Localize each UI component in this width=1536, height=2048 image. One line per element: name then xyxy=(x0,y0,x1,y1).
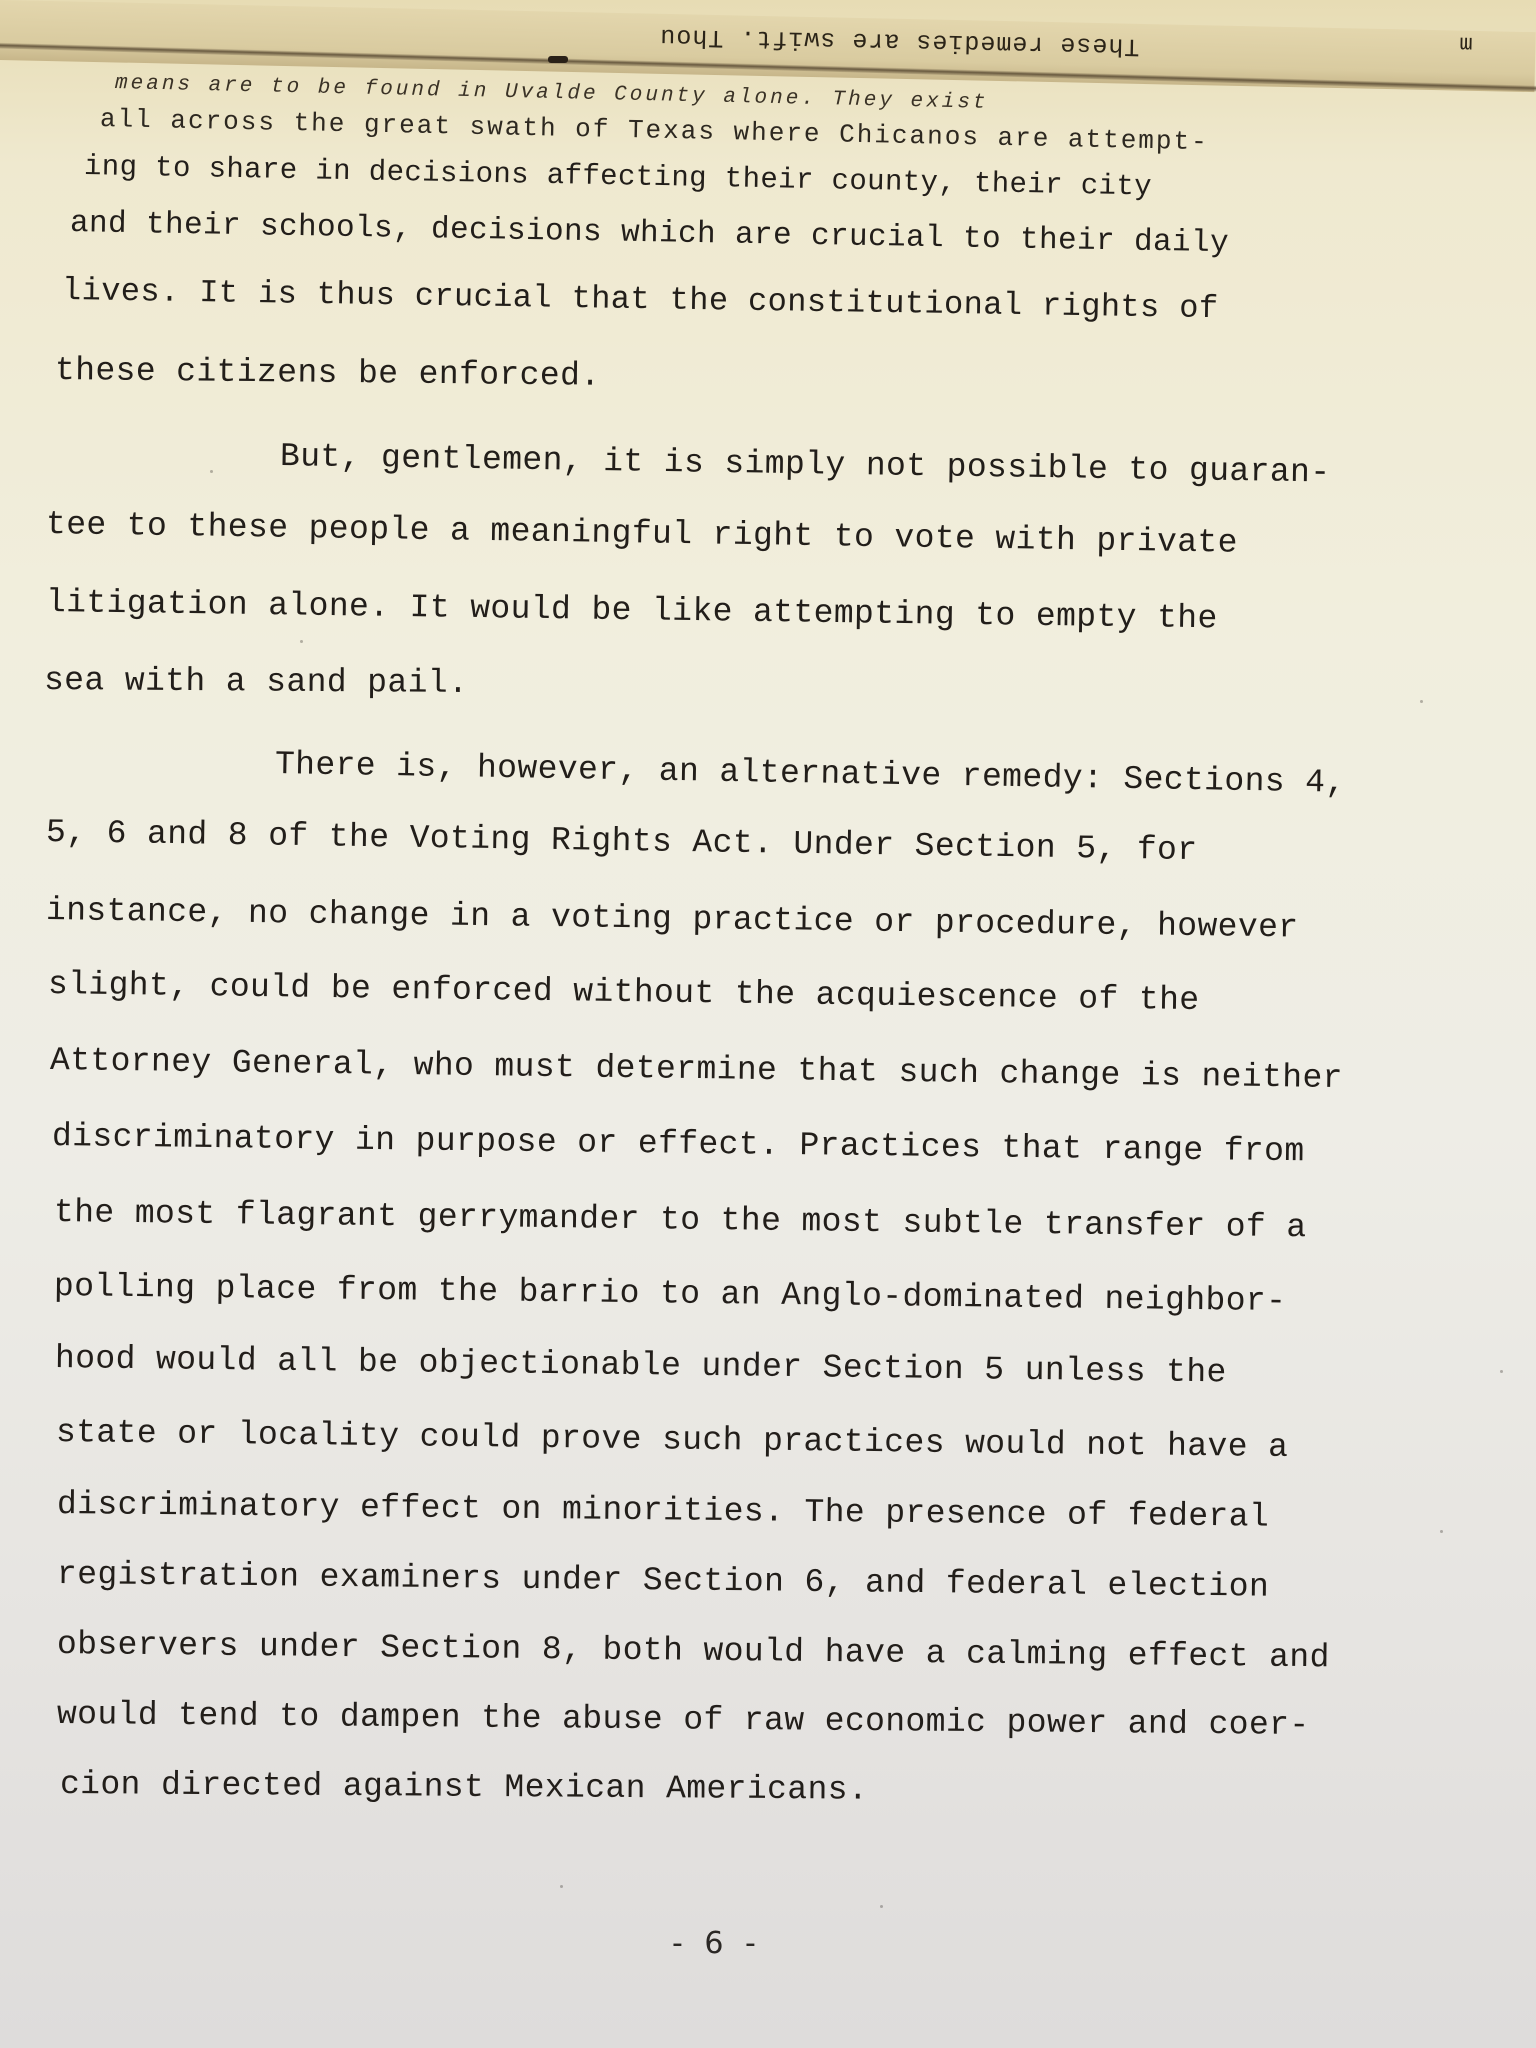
text-line: Attorney General, who must determine tha… xyxy=(50,1042,1343,1097)
text-line: all across the great swath of Texas wher… xyxy=(100,104,1209,157)
page-number: - 6 - xyxy=(672,1926,762,1961)
toner-speck xyxy=(880,1905,883,1908)
text-line: the most flagrant gerrymander to the mos… xyxy=(54,1194,1307,1246)
text-line: There is, however, an alternative remedy… xyxy=(275,746,1346,802)
text-line: tee to these people a meaningful right t… xyxy=(46,506,1238,562)
toner-speck xyxy=(560,1885,563,1888)
text-line: state or locality could prove such pract… xyxy=(56,1414,1289,1466)
toner-speck xyxy=(1500,1370,1503,1373)
text-line: But, gentlemen, it is simply not possibl… xyxy=(280,438,1331,491)
text-line: ing to share in decisions affecting thei… xyxy=(84,150,1153,204)
text-line: hood would all be objectionable under Se… xyxy=(55,1340,1227,1391)
typed-page: means are to be found in Uvalde County a… xyxy=(0,0,1536,2048)
text-line: instance, no change in a voting practice… xyxy=(46,892,1299,946)
text-line: 5, 6 and 8 of the Voting Rights Act. Und… xyxy=(46,814,1198,869)
toner-speck xyxy=(1440,1530,1443,1533)
text-line: observers under Section 8, both would ha… xyxy=(57,1626,1330,1676)
toner-speck xyxy=(210,470,213,473)
text-line: and their schools, decisions which are c… xyxy=(70,206,1230,261)
text-line: slight, could be enforced without the ac… xyxy=(48,966,1200,1019)
text-line: discriminatory effect on minorities. The… xyxy=(57,1486,1270,1536)
toner-speck xyxy=(1420,700,1423,703)
text-line: registration examiners under Section 6, … xyxy=(57,1556,1270,1606)
text-line: lives. It is thus crucial that the const… xyxy=(62,272,1219,327)
text-line: these citizens be enforced. xyxy=(55,352,601,395)
text-line: litigation alone. It would be like attem… xyxy=(46,584,1218,637)
toner-speck xyxy=(300,640,303,643)
text-line: would tend to dampen the abuse of raw ec… xyxy=(57,1696,1310,1744)
text-line: sea with a sand pail. xyxy=(44,662,469,702)
text-line: cion directed against Mexican Americans. xyxy=(60,1766,868,1809)
text-line: polling place from the barrio to an Angl… xyxy=(54,1268,1287,1320)
text-line: discriminatory in purpose or effect. Pra… xyxy=(52,1118,1305,1170)
